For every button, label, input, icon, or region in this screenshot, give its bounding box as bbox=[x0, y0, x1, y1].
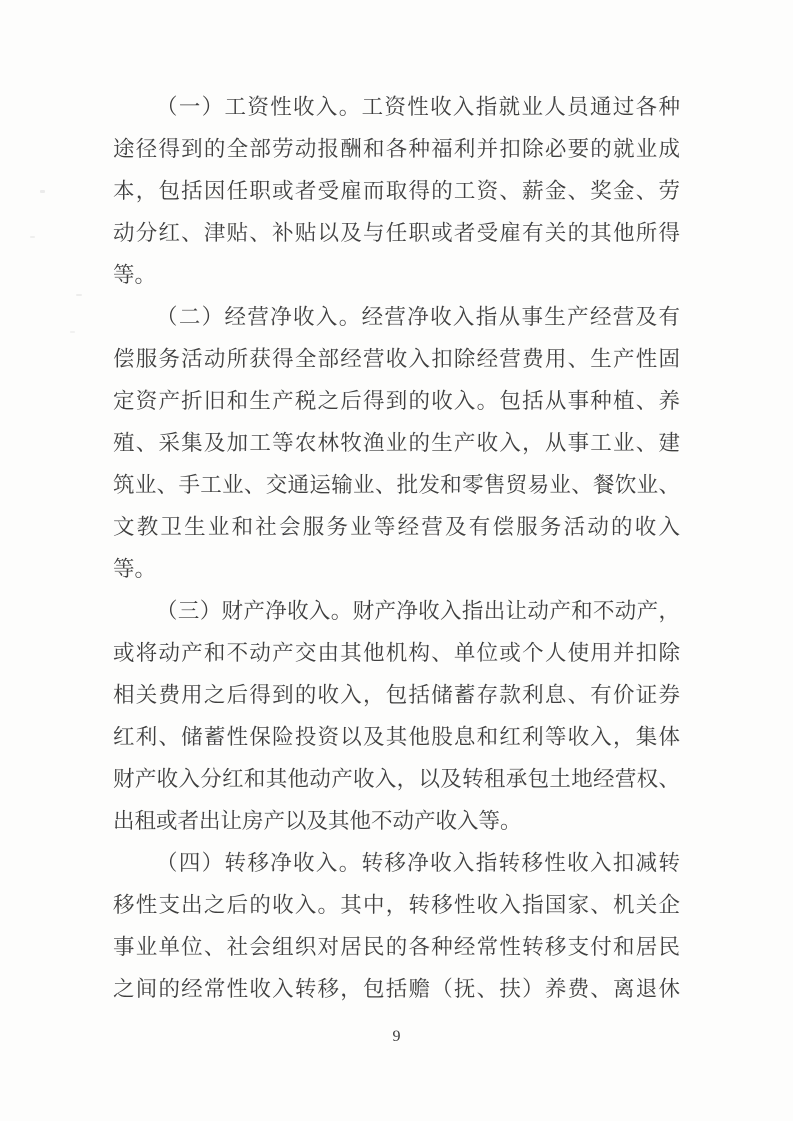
text-line: 定资产折旧和生产税之后得到的收入。包括从事种植、养 bbox=[113, 380, 680, 422]
scan-artifact bbox=[30, 236, 35, 238]
text-line: 偿服务活动所获得全部经营收入扣除经营费用、生产性固 bbox=[113, 338, 680, 380]
text-line: （一）工资性收入。工资性收入指就业人员通过各种 bbox=[113, 86, 680, 128]
text-line: 等。 bbox=[113, 254, 680, 296]
text-line: 出租或者出让房产以及其他不动产收入等。 bbox=[113, 800, 680, 842]
text-line: （三）财产净收入。财产净收入指出让动产和不动产， bbox=[113, 590, 680, 632]
document-body: （一）工资性收入。工资性收入指就业人员通过各种途径得到的全部劳动报酬和各种福利并… bbox=[113, 86, 680, 1010]
text-line: 文教卫生业和社会服务业等经营及有偿服务活动的收入 bbox=[113, 506, 680, 548]
text-line: 筑业、手工业、交通运输业、批发和零售贸易业、餐饮业、 bbox=[113, 464, 680, 506]
paragraph-wage-income: （一）工资性收入。工资性收入指就业人员通过各种途径得到的全部劳动报酬和各种福利并… bbox=[113, 86, 680, 296]
text-line: 殖、采集及加工等农林牧渔业的生产收入，从事工业、建 bbox=[113, 422, 680, 464]
document-page: （一）工资性收入。工资性收入指就业人员通过各种途径得到的全部劳动报酬和各种福利并… bbox=[0, 0, 793, 1121]
text-line: 财产收入分红和其他动产收入，以及转租承包土地经营权、 bbox=[113, 758, 680, 800]
page-number: 9 bbox=[0, 1026, 793, 1048]
text-line: 红利、储蓄性保险投资以及其他股息和红利等收入，集体 bbox=[113, 716, 680, 758]
text-line: 等。 bbox=[113, 548, 680, 590]
text-line: （四）转移净收入。转移净收入指转移性收入扣减转 bbox=[113, 842, 680, 884]
paragraph-operating-net-income: （二）经营净收入。经营净收入指从事生产经营及有偿服务活动所获得全部经营收入扣除经… bbox=[113, 296, 680, 590]
text-line: 相关费用之后得到的收入，包括储蓄存款利息、有价证券 bbox=[113, 674, 680, 716]
text-line: 移性支出之后的收入。其中，转移性收入指国家、机关企 bbox=[113, 884, 680, 926]
paragraph-transfer-net-income: （四）转移净收入。转移净收入指转移性收入扣减转移性支出之后的收入。其中，转移性收… bbox=[113, 842, 680, 1010]
text-line: 或将动产和不动产交由其他机构、单位或个人使用并扣除 bbox=[113, 632, 680, 674]
text-line: 本，包括因任职或者受雇而取得的工资、薪金、奖金、劳 bbox=[113, 170, 680, 212]
text-line: 之间的经常性收入转移，包括赡（抚、扶）养费、离退休 bbox=[113, 968, 680, 1010]
text-line: 途径得到的全部劳动报酬和各种福利并扣除必要的就业成 bbox=[113, 128, 680, 170]
paragraph-property-net-income: （三）财产净收入。财产净收入指出让动产和不动产，或将动产和不动产交由其他机构、单… bbox=[113, 590, 680, 842]
text-line: 动分红、津贴、补贴以及与任职或者受雇有关的其他所得 bbox=[113, 212, 680, 254]
text-line: 事业单位、社会组织对居民的各种经常性转移支付和居民 bbox=[113, 926, 680, 968]
text-line: （二）经营净收入。经营净收入指从事生产经营及有 bbox=[113, 296, 680, 338]
scan-artifact bbox=[76, 294, 82, 296]
scan-artifact bbox=[40, 190, 45, 193]
scan-artifact bbox=[70, 331, 75, 333]
